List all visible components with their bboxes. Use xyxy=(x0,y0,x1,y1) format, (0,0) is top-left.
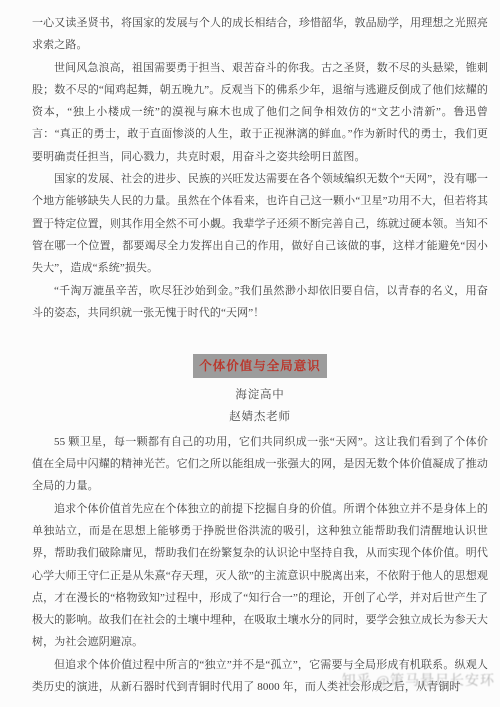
essay-title: 个体价值与全局意识 xyxy=(193,354,327,378)
body-paragraph-6: 追求个体价值首先应在个体独立的前提下挖掘自身的价值。所谓个体独立并不是身体上的单… xyxy=(32,498,488,654)
byline-author: 赵婧杰老师 xyxy=(32,406,488,428)
title-block: 个体价值与全局意识 海淀高中 赵婧杰老师 xyxy=(32,354,488,429)
body-paragraph-7: 但追求个体价值过程中所言的“独立”并不是“孤立”，它需要与全局形成有机联系。纵观… xyxy=(32,654,488,699)
body-paragraph-4: “千淘万漉虽辛苦，吹尽狂沙始到金。”我们虽然渺小却依旧要自信，以青春的名义，用奋… xyxy=(32,280,488,325)
body-paragraph-1: 一心又读圣贤书，将国家的发展与个人的成长相结合，珍惜韶华，敦品励学，用理想之光照… xyxy=(32,12,488,57)
byline-school: 海淀高中 xyxy=(32,384,488,406)
body-paragraph-2: 世间风急浪高，祖国需要勇于担当、艰苦奋斗的你我。古之圣贤，数不尽的头悬梁，锥刺股… xyxy=(32,57,488,168)
body-paragraph-3: 国家的发展、社会的进步、民族的兴旺发达需要在各个领域编织无数个“天网”，没有哪一… xyxy=(32,168,488,279)
title-line: 个体价值与全局意识 xyxy=(32,354,488,378)
page: { "page": { "width": 500, "height": 707,… xyxy=(0,0,500,707)
essay-document: 一心又读圣贤书，将国家的发展与个人的成长相结合，珍惜韶华，敦品励学，用理想之光照… xyxy=(0,0,500,698)
body-paragraph-5: 55 颗卫星，每一颗都有自己的功用，它们共同织成一张“天网”。这让我们看到了个体… xyxy=(32,431,488,498)
